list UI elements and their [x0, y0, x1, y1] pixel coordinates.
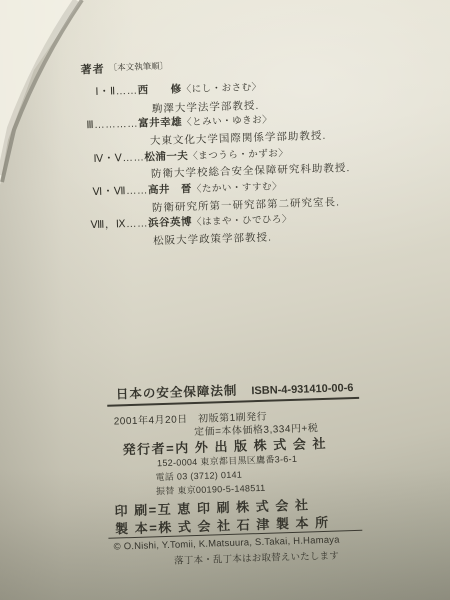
publisher-phone-line: 電話 03 (3712) 0141: [155, 468, 242, 484]
colophon-page-content: 著者〔本文執筆順〕 Ⅰ・Ⅱ……西 修〈にし・おさむ〉 駒澤大学法学部教授. Ⅲ……: [0, 0, 450, 600]
authors-header: 著者〔本文執筆順〕: [80, 58, 168, 79]
author-name: 浜谷英博: [148, 216, 192, 229]
author-name: 富井幸雄: [138, 116, 182, 129]
author-chapters: Ⅲ…………: [86, 118, 138, 132]
book-title: 日本の安全保障法制: [116, 384, 238, 402]
author-reading: 〈まつうら・かずお〉: [188, 148, 288, 162]
author-name: 西 修: [137, 83, 181, 96]
isbn-number: ISBN-4-931410-00-6: [251, 382, 353, 397]
author-chapters: Ⅳ・Ⅴ……: [93, 151, 144, 165]
author-reading: 〈たかい・すすむ〉: [192, 181, 282, 195]
author-entry: Ⅲ…………富井幸雄〈とみい・ゆきお〉: [86, 111, 272, 132]
author-reading: 〈にし・おさむ〉: [181, 82, 261, 96]
postal-transfer-line: 振替 東京00190-5-148511: [156, 481, 266, 497]
author-name: 高井 晉: [148, 183, 192, 196]
author-reading: 〈はまや・ひでひろ〉: [192, 214, 292, 228]
author-reading: 〈とみい・ゆきお〉: [182, 114, 272, 128]
author-name: 松浦一夫: [144, 150, 188, 163]
author-chapters: Ⅵ・Ⅶ……: [92, 184, 148, 198]
authors-label: 著者: [81, 64, 105, 77]
book-page-photo: 著者〔本文執筆順〕 Ⅰ・Ⅱ……西 修〈にし・おさむ〉 駒澤大学法学部教授. Ⅲ……: [0, 0, 450, 600]
authors-order-note: 〔本文執筆順〕: [108, 61, 168, 73]
defective-copy-notice: 落丁本・乱丁本はお取替えいたします: [174, 548, 339, 567]
author-entry: Ⅵ・Ⅶ……高井 晉〈たかい・すすむ〉: [92, 178, 282, 199]
author-entry: Ⅰ・Ⅱ……西 修〈にし・おさむ〉: [95, 79, 262, 99]
author-affiliation: 大東文化大学国際関係学部助教授.: [150, 128, 327, 149]
author-chapters: Ⅰ・Ⅱ……: [95, 85, 138, 98]
author-chapters: Ⅷ，Ⅸ……: [90, 217, 148, 231]
author-affiliation: 松阪大学政策学部教授.: [153, 229, 272, 248]
